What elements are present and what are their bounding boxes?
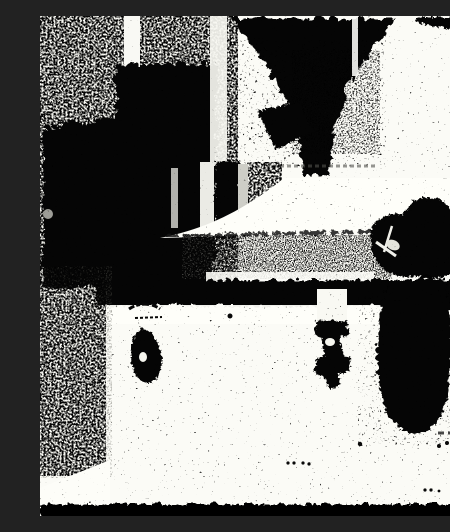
ground-shadow-band <box>40 502 450 516</box>
global-grain <box>40 16 450 516</box>
photo-canvas: Halftone photograph of a white footlocke… <box>40 16 450 516</box>
halftone-photo: Halftone photograph of a white footlocke… <box>40 16 450 516</box>
